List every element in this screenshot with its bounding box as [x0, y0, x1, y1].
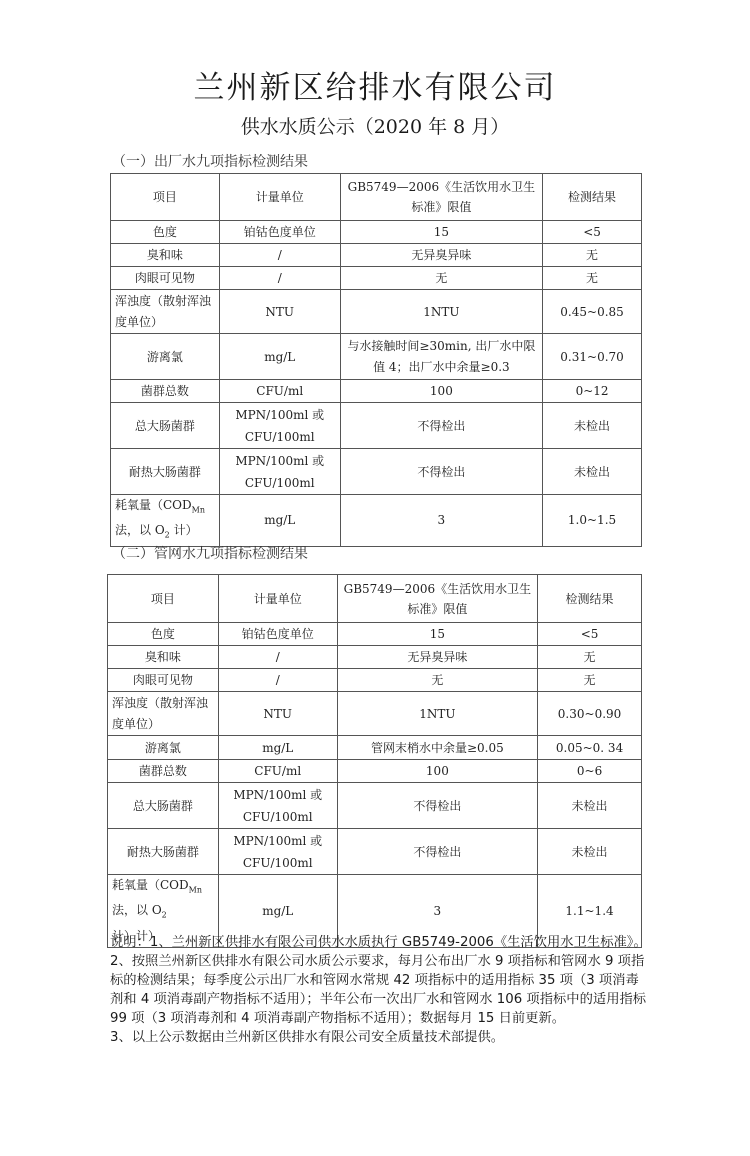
cell-result: 无 [538, 646, 642, 669]
cell-unit: mg/L [219, 334, 340, 380]
cell-item: 肉眼可见物 [111, 267, 220, 290]
cell-unit: 铂钴色度单位 [219, 221, 340, 244]
table-row: 浑浊度（散射浑浊度单位） NTU 1NTU 0.45~0.85 [111, 290, 642, 334]
note-1: 说明：1、兰州新区供排水有限公司供水水质执行 GB5749-2006《生活饮用水… [110, 933, 650, 952]
cell-unit: / [218, 646, 337, 669]
cell-item: 耐热大肠菌群 [108, 829, 219, 875]
cell-unit: NTU [219, 290, 340, 334]
note-3: 3、以上公示数据由兰州新区供排水有限公司安全质量技术部提供。 [110, 1028, 650, 1047]
cell-result: 无 [543, 267, 642, 290]
cell-item: 肉眼可见物 [108, 669, 219, 692]
cell-item: 浑浊度（散射浑浊度单位） [111, 290, 220, 334]
cell-item: 色度 [111, 221, 220, 244]
cell-result: 0.30~0.90 [538, 692, 642, 736]
header-limit: GB5749—2006《生活饮用水卫生标准》限值 [337, 575, 537, 623]
cell-result: 无 [543, 244, 642, 267]
cell-result: 0.31~0.70 [543, 334, 642, 380]
cell-item: 臭和味 [111, 244, 220, 267]
table-row: 色度 铂钴色度单位 15 <5 [111, 221, 642, 244]
cell-item: 游离氯 [108, 736, 219, 760]
cell-item: 耗氧量（CODMn法，以 O2 计） [111, 495, 220, 547]
cell-limit: 15 [340, 221, 542, 244]
cell-limit: 无异臭异味 [340, 244, 542, 267]
cell-limit: 100 [340, 380, 542, 403]
table-row: 菌群总数 CFU/ml 100 0~12 [111, 380, 642, 403]
cell-item: 游离氯 [111, 334, 220, 380]
cell-unit: / [219, 267, 340, 290]
table-row: 臭和味 / 无异臭异味 无 [108, 646, 642, 669]
cell-result: 未检出 [543, 449, 642, 495]
cell-unit: MPN/100ml 或 CFU/100ml [219, 403, 340, 449]
cell-item: 浑浊度（散射浑浊度单位） [108, 692, 219, 736]
cell-unit: MPN/100ml 或 CFU/100ml [219, 449, 340, 495]
cell-unit: CFU/ml [219, 380, 340, 403]
cell-result: 未检出 [538, 829, 642, 875]
table-row: 总大肠菌群 MPN/100ml 或 CFU/100ml 不得检出 未检出 [111, 403, 642, 449]
cell-result: 1.0~1.5 [543, 495, 642, 547]
table-row: 总大肠菌群 MPN/100ml 或 CFU/100ml 不得检出 未检出 [108, 783, 642, 829]
cell-limit: 无 [337, 669, 537, 692]
header-limit: GB5749—2006《生活饮用水卫生标准》限值 [340, 174, 542, 221]
cell-unit: NTU [218, 692, 337, 736]
cell-unit: / [219, 244, 340, 267]
cell-unit: MPN/100ml 或 CFU/100ml [218, 829, 337, 875]
header-result: 检测结果 [538, 575, 642, 623]
table-row: 游离氯 mg/L 管网末梢水中余量≥0.05 0.05~0. 34 [108, 736, 642, 760]
cell-limit: 1NTU [340, 290, 542, 334]
factory-water-table: 项目 计量单位 GB5749—2006《生活饮用水卫生标准》限值 检测结果 色度… [110, 173, 642, 547]
company-title: 兰州新区给排水有限公司 [0, 62, 750, 107]
cell-result: 无 [538, 669, 642, 692]
cell-result: 未检出 [543, 403, 642, 449]
cell-limit: 100 [337, 760, 537, 783]
cell-limit: 不得检出 [340, 449, 542, 495]
cell-limit: 管网末梢水中余量≥0.05 [337, 736, 537, 760]
cell-result: 0~6 [538, 760, 642, 783]
cell-item: 耐热大肠菌群 [111, 449, 220, 495]
cell-result: 0.45~0.85 [543, 290, 642, 334]
header-unit: 计量单位 [219, 174, 340, 221]
table-row: 肉眼可见物 / 无 无 [108, 669, 642, 692]
table1-label: （一）出厂水九项指标检测结果 [112, 151, 308, 171]
cell-item: 菌群总数 [111, 380, 220, 403]
cell-limit: 不得检出 [337, 829, 537, 875]
cell-limit: 无 [340, 267, 542, 290]
cell-limit: 无异臭异味 [337, 646, 537, 669]
note-2: 2、按照兰州新区供排水有限公司水质公示要求，每月公布出厂水 9 项指标和管网水 … [110, 952, 650, 1028]
cell-result: 未检出 [538, 783, 642, 829]
table-row: 菌群总数 CFU/ml 100 0~6 [108, 760, 642, 783]
table-row: 游离氯 mg/L 与水接触时间≥30min, 出厂水中限值 4；出厂水中余量≥0… [111, 334, 642, 380]
cell-result: <5 [538, 623, 642, 646]
cell-unit: mg/L [219, 495, 340, 547]
cell-limit: 15 [337, 623, 537, 646]
cell-result: 0.05~0. 34 [538, 736, 642, 760]
header-result: 检测结果 [543, 174, 642, 221]
cell-item: 色度 [108, 623, 219, 646]
cell-result: 0~12 [543, 380, 642, 403]
table-row: 臭和味 / 无异臭异味 无 [111, 244, 642, 267]
table-row: 耐热大肠菌群 MPN/100ml 或 CFU/100ml 不得检出 未检出 [111, 449, 642, 495]
cell-result: <5 [543, 221, 642, 244]
table-header-row: 项目 计量单位 GB5749—2006《生活饮用水卫生标准》限值 检测结果 [111, 174, 642, 221]
table2-label: （二）管网水九项指标检测结果 [112, 543, 308, 563]
cell-limit: 与水接触时间≥30min, 出厂水中限值 4；出厂水中余量≥0.3 [340, 334, 542, 380]
header-item: 项目 [111, 174, 220, 221]
table-row: 耗氧量（CODMn法，以 O2 计） mg/L 3 1.0~1.5 [111, 495, 642, 547]
cell-limit: 不得检出 [337, 783, 537, 829]
table-row: 浑浊度（散射浑浊度单位） NTU 1NTU 0.30~0.90 [108, 692, 642, 736]
table-header-row: 项目 计量单位 GB5749—2006《生活饮用水卫生标准》限值 检测结果 [108, 575, 642, 623]
cell-unit: mg/L [218, 736, 337, 760]
cell-item: 总大肠菌群 [111, 403, 220, 449]
table-row: 色度 铂钴色度单位 15 <5 [108, 623, 642, 646]
cell-unit: CFU/ml [218, 760, 337, 783]
notice-subtitle: 供水水质公示（2020 年 8 月） [0, 112, 750, 139]
cell-unit: / [218, 669, 337, 692]
table-row: 耐热大肠菌群 MPN/100ml 或 CFU/100ml 不得检出 未检出 [108, 829, 642, 875]
cell-unit: 铂钴色度单位 [218, 623, 337, 646]
cell-limit: 1NTU [337, 692, 537, 736]
cell-unit: MPN/100ml 或 CFU/100ml [218, 783, 337, 829]
header-unit: 计量单位 [218, 575, 337, 623]
cell-item: 菌群总数 [108, 760, 219, 783]
table-row: 肉眼可见物 / 无 无 [111, 267, 642, 290]
cell-limit: 不得检出 [340, 403, 542, 449]
cell-limit: 3 [340, 495, 542, 547]
header-item: 项目 [108, 575, 219, 623]
pipe-network-water-table: 项目 计量单位 GB5749—2006《生活饮用水卫生标准》限值 检测结果 色度… [107, 574, 642, 948]
notes-section: 说明：1、兰州新区供排水有限公司供水水质执行 GB5749-2006《生活饮用水… [110, 933, 650, 1047]
cell-item: 总大肠菌群 [108, 783, 219, 829]
cell-item: 臭和味 [108, 646, 219, 669]
